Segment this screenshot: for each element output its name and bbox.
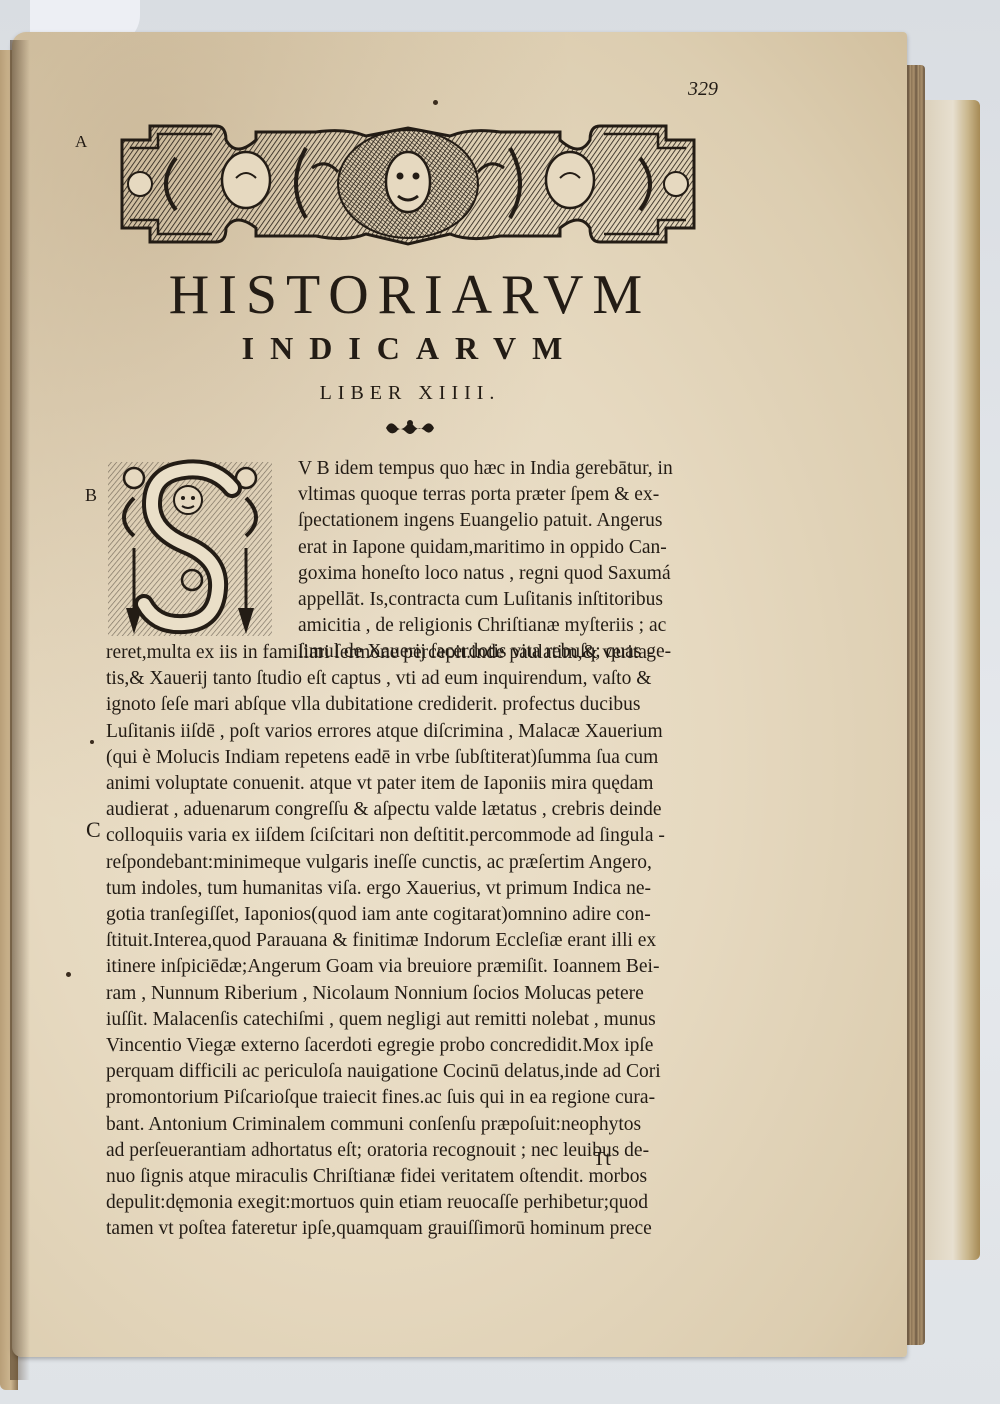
text-line: reſpondebant:minimeque vulgaris ineſſe c…: [106, 850, 724, 876]
book-number-heading: LIBER XIIII.: [100, 382, 720, 405]
text-line: ignoto ſeſe mari abſque vlla dubitatione…: [106, 692, 724, 718]
margin-letter-b: B: [85, 485, 97, 506]
text-line: V B idem tempus quo hæc in India gerebāt…: [298, 456, 723, 482]
signature-mark: Tt: [593, 1148, 611, 1171]
text-line: goxima honeſto loco natus , regni quod S…: [298, 561, 723, 587]
text-line: animi voluptate conuenit. atque vt pater…: [106, 771, 724, 797]
fleuron-icon: [382, 418, 438, 438]
ink-speck: [90, 740, 94, 744]
margin-letter-a: A: [75, 132, 87, 152]
text-line: Vincentio Viegæ externo ſacerdoti egregi…: [106, 1033, 724, 1059]
text-line: ram , Nunnum Riberium , Nicolaum Nonnium…: [106, 981, 724, 1007]
text-line: perquam difficili ac periculoſa nauigati…: [106, 1059, 724, 1085]
title-line-historiarum: HISTORIARVM: [100, 263, 720, 327]
text-line: erat in Iapone quidam,maritimo in oppido…: [298, 535, 723, 561]
text-line: nuo ſignis atque miraculis Chriſtianæ fi…: [106, 1164, 724, 1190]
text-line: audierat , aduenarum congreſſu & aſpectu…: [106, 797, 724, 823]
body-text-full: reret,multa ex iis in familiari ſermone …: [106, 640, 724, 1243]
text-line: ſpectationem ingens Euangelio patuit. An…: [298, 508, 723, 534]
text-line: itinere inſpiciēdæ;Angerum Goam via breu…: [106, 954, 724, 980]
text-line: reret,multa ex iis in familiari ſermone …: [106, 640, 724, 666]
text-line: (qui è Molucis Indiam repetens eadē in v…: [106, 745, 724, 771]
text-line: appellāt. Is,contracta cum Luſitanis inſ…: [298, 587, 723, 613]
text-line: vltimas quoque terras porta præter ſpem …: [298, 482, 723, 508]
text-line: promontorium Piſcarioſque traiecit fines…: [106, 1085, 724, 1111]
text-line: tis,& Xauerij tanto ſtudio eſt captus , …: [106, 666, 724, 692]
body-text-indented: V B idem tempus quo hæc in India gerebāt…: [298, 456, 723, 666]
historiated-initial-s-icon: [104, 458, 276, 640]
text-line: tamen vt poſtea fateretur ipſe,quamquam …: [106, 1216, 724, 1242]
initial-word-rest: V B: [298, 458, 330, 479]
text-line: iuſſit. Malacenſis catechiſmi , quem neg…: [106, 1007, 724, 1033]
woodcut-headpiece-icon: [116, 118, 700, 248]
text-line: depulit:dęmonia exegit:mortuos quin etia…: [106, 1190, 724, 1216]
book-cover-edge: [920, 100, 980, 1260]
text-line: ſtituit.Interea,quod Parauana & finitimæ…: [106, 928, 724, 954]
text-line: amicitia , de religionis Chriſtianæ myſt…: [298, 613, 723, 639]
ink-speck: [433, 100, 438, 105]
text-line: colloquiis varia ex iiſdem ſciſcitari no…: [106, 823, 724, 849]
page-number: 329: [688, 78, 718, 101]
margin-letter-c: C: [86, 817, 101, 843]
text-line: bant. Antonium Criminalem communi conſen…: [106, 1112, 724, 1138]
text-line: ad perſeuerantiam adhortatus eſt; orator…: [106, 1138, 724, 1164]
title-line-indicarum: INDICARVM: [100, 330, 720, 367]
text-line: gotia tranſegiſſet, Iaponios(quod iam an…: [106, 902, 724, 928]
gutter-shadow: [10, 40, 30, 1380]
ink-speck: [66, 972, 71, 977]
text-line: Luſitanis iiſdē , poſt varios errores at…: [106, 719, 724, 745]
text-line: tum indoles, tum humanitas viſa. ergo Xa…: [106, 876, 724, 902]
